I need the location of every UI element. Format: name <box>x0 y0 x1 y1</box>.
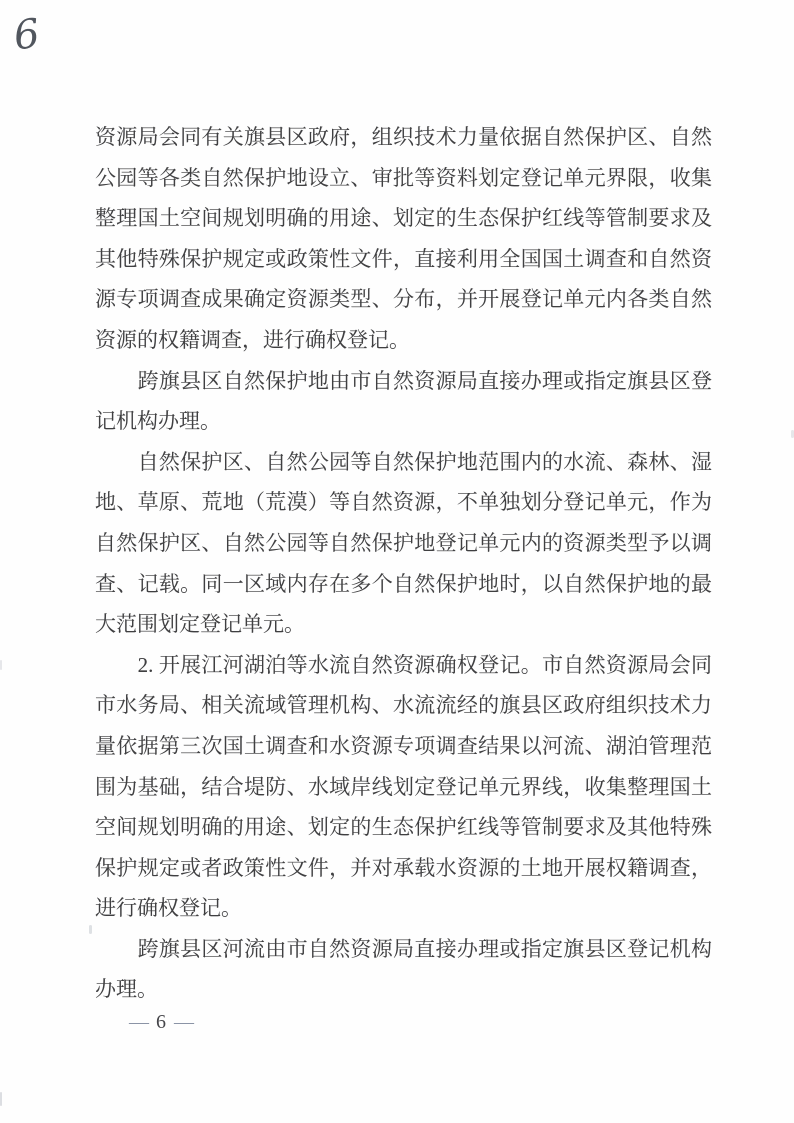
text-line: 量依据第三次国土调查和水资源专项调查结果以河流、湖泊管理范 <box>95 726 712 767</box>
text-line: 查、记载。同一区域内存在多个自然保护地时，以自然保护地的最 <box>95 564 712 605</box>
document-body: 资源局会同有关旗县区政府，组织技术力量依据自然保护区、自然公园等各类自然保护地设… <box>95 117 712 1010</box>
text-line: 进行确权登记。 <box>95 888 712 929</box>
text-line: 空间规划明确的用途、划定的生态保护红线等管制要求及其他特殊 <box>95 807 712 848</box>
scan-artifact <box>0 660 2 670</box>
footer-page-number: 6 <box>156 1011 167 1033</box>
text-line: 公园等各类自然保护地设立、审批等资料划定登记单元界限，收集 <box>95 158 712 199</box>
text-line: 记机构办理。 <box>95 401 712 442</box>
text-line: 2. 开展江河湖泊等水流自然资源确权登记。市自然资源局会同 <box>95 645 712 686</box>
footer-dash-left: — <box>129 1011 149 1033</box>
text-line: 自然保护区、自然公园等自然保护地登记单元内的资源类型予以调 <box>95 523 712 564</box>
text-line: 围为基础，结合堤防、水域岸线划定登记单元界线，收集整理国土 <box>95 767 712 808</box>
text-line: 大范围划定登记单元。 <box>95 604 712 645</box>
text-line: 保护规定或者政策性文件，并对承载水资源的土地开展权籍调查， <box>95 848 712 889</box>
text-line: 市水务局、相关流域管理机构、水流流经的旗县区政府组织技术力 <box>95 685 712 726</box>
document-page: 6 资源局会同有关旗县区政府，组织技术力量依据自然保护区、自然公园等各类自然保护… <box>0 0 794 1123</box>
text-line: 其他特殊保护规定或政策性文件，直接利用全国国土调查和自然资 <box>95 239 712 280</box>
text-line: 资源的权籍调查，进行确权登记。 <box>95 320 712 361</box>
scan-artifact <box>0 1092 2 1106</box>
text-line: 整理国土空间规划明确的用途、划定的生态保护红线等管制要求及 <box>95 198 712 239</box>
text-line: 跨旗县区河流由市自然资源局直接办理或指定旗县区登记机构 <box>95 929 712 970</box>
page-footer: —6— <box>122 1002 201 1042</box>
text-line: 源专项调查成果确定资源类型、分布，并开展登记单元内各类自然 <box>95 279 712 320</box>
text-line: 资源局会同有关旗县区政府，组织技术力量依据自然保护区、自然 <box>95 117 712 158</box>
footer-dash-right: — <box>174 1011 194 1033</box>
text-line: 地、草原、荒地（荒漠）等自然资源，不单独划分登记单元，作为 <box>95 482 712 523</box>
handwritten-page-mark: 6 <box>11 11 42 60</box>
text-line: 跨旗县区自然保护地由市自然资源局直接办理或指定旗县区登 <box>95 361 712 402</box>
scan-artifact <box>89 925 92 934</box>
text-line: 自然保护区、自然公园等自然保护地范围内的水流、森林、湿 <box>95 442 712 483</box>
